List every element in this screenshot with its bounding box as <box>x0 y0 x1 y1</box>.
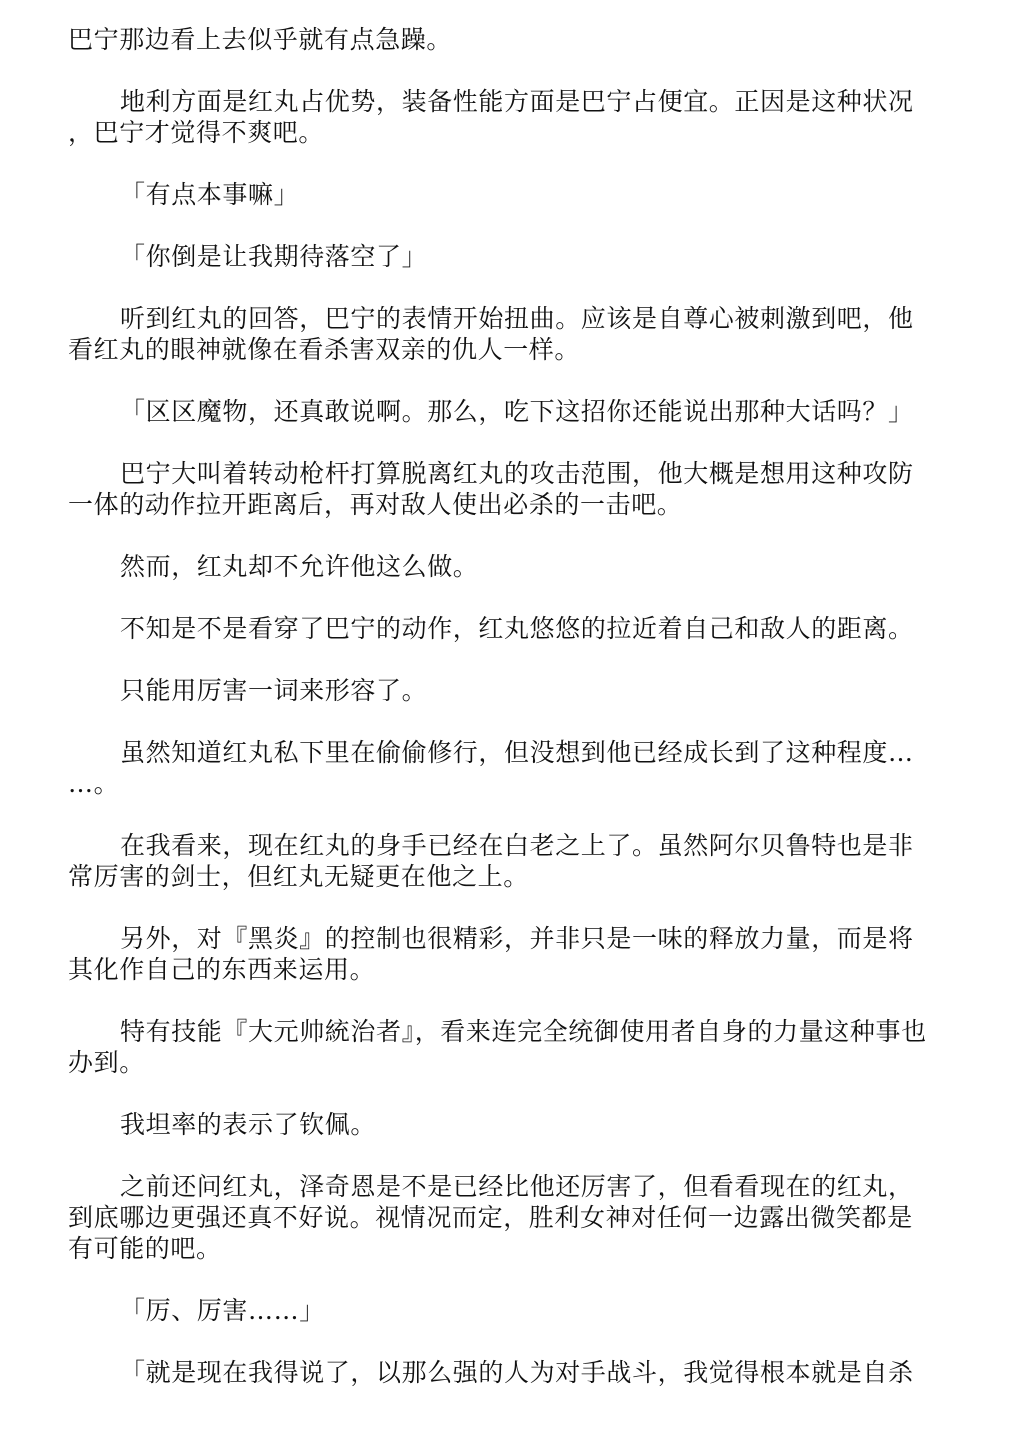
paragraph: 只能用厉害一词来形容了。 <box>68 675 932 706</box>
dialogue-line: 「就是现在我得说了，以那么强的人为对手战斗，我觉得根本就是自杀 <box>68 1357 932 1388</box>
dialogue-line: 「你倒是让我期待落空了」 <box>68 241 932 272</box>
paragraph: 另外，对『黑炎』的控制也很精彩，并非只是一味的释放力量，而是将其化作自己的东西来… <box>68 923 932 985</box>
paragraph: 在我看来，现在红丸的身手已经在白老之上了。虽然阿尔贝鲁特也是非常厉害的剑士，但红… <box>68 830 932 892</box>
dialogue-line: 「有点本事嘛」 <box>68 179 932 210</box>
paragraph: 我坦率的表示了钦佩。 <box>68 1109 932 1140</box>
dialogue-line: 「区区魔物，还真敢说啊。那么，吃下这招你还能说出那种大话吗？」 <box>68 396 932 427</box>
document-page: 巴宁那边看上去似乎就有点急躁。 地利方面是红丸占优势，装备性能方面是巴宁占便宜。… <box>68 24 932 1419</box>
paragraph: 不知是不是看穿了巴宁的动作，红丸悠悠的拉近着自己和敌人的距离。 <box>68 613 932 644</box>
dialogue-line: 「厉、厉害……」 <box>68 1295 932 1326</box>
paragraph: 地利方面是红丸占优势，装备性能方面是巴宁占便宜。正因是这种状况，巴宁才觉得不爽吧… <box>68 86 932 148</box>
paragraph: 巴宁大叫着转动枪杆打算脱离红丸的攻击范围，他大概是想用这种攻防一体的动作拉开距离… <box>68 458 932 520</box>
paragraph: 虽然知道红丸私下里在偷偷修行，但没想到他已经成长到了这种程度……。 <box>68 737 932 799</box>
paragraph: 之前还问红丸，泽奇恩是不是已经比他还厉害了，但看看现在的红丸，到底哪边更强还真不… <box>68 1171 932 1264</box>
paragraph: 听到红丸的回答，巴宁的表情开始扭曲。应该是自尊心被刺激到吧，他看红丸的眼神就像在… <box>68 303 932 365</box>
paragraph: 然而，红丸却不允许他这么做。 <box>68 551 932 582</box>
paragraph: 特有技能『大元帅統治者』，看来连完全统御使用者自身的力量这种事也办到。 <box>68 1016 932 1078</box>
paragraph: 巴宁那边看上去似乎就有点急躁。 <box>68 24 932 55</box>
